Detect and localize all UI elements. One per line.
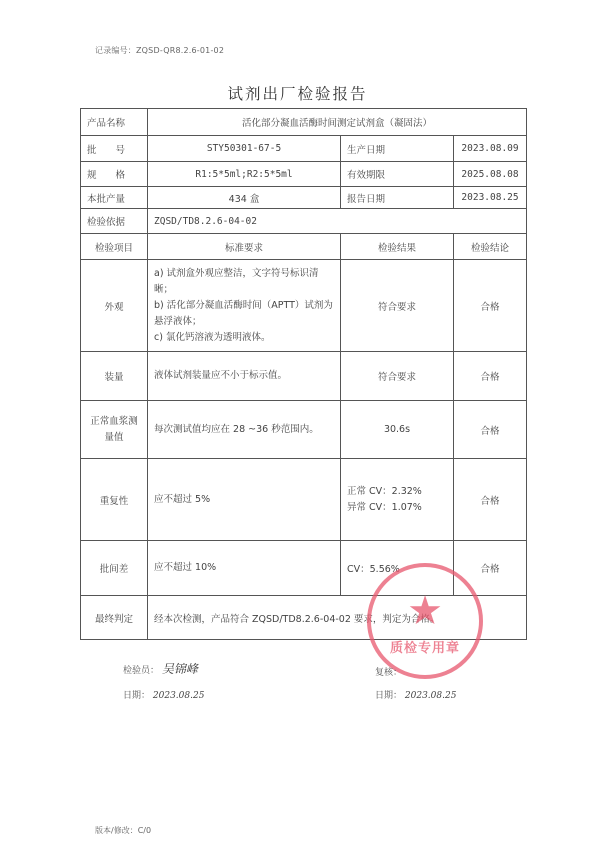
row-spec: 规 格 R1:5*5ml;R2:5*5ml 有效期限 2025.08.08 xyxy=(81,162,527,187)
conclusion-cell: 合格 xyxy=(454,401,527,459)
item-cell: 正常血浆测量值 xyxy=(81,401,148,459)
row-basis: 检验依据 ZQSD/TD8.2.6-04-02 xyxy=(81,209,527,234)
report-title: 试剂出厂检验报告 xyxy=(0,82,595,104)
spec-value: R1:5*5ml;R2:5*5ml xyxy=(148,162,341,187)
result-cell: 正常 CV：2.32% 异常 CV：1.07% xyxy=(341,459,454,541)
quantity-value: 434 盒 xyxy=(148,187,341,209)
reviewer-signature: 复核： xyxy=(375,665,402,678)
table-row: 重复性 应不超过 5% 正常 CV：2.32% 异常 CV：1.07% 合格 xyxy=(81,459,527,541)
spec-label: 规 格 xyxy=(81,162,148,187)
item-cell: 重复性 xyxy=(81,459,148,541)
item-cell: 批间差 xyxy=(81,541,148,596)
item-cell: 装量 xyxy=(81,352,148,401)
requirement-cell: 应不超过 5% xyxy=(148,459,341,541)
requirement-line: b) 活化部分凝血活酶时间（APTT）试剂为悬浮液体； xyxy=(154,298,334,330)
report-date-value: 2023.08.25 xyxy=(454,187,527,209)
reviewer-date: 日期： 2023.08.25 xyxy=(375,688,456,701)
row-quantity: 本批产量 434 盒 报告日期 2023.08.25 xyxy=(81,187,527,209)
col-item-header: 检验项目 xyxy=(81,234,148,260)
requirement-cell: 应不超过 10% xyxy=(148,541,341,596)
record-number: 记录编号：ZQSD-QR8.2.6-01-02 xyxy=(95,45,224,56)
basis-value: ZQSD/TD8.2.6-04-02 xyxy=(148,209,527,234)
star-icon: ★ xyxy=(371,589,479,633)
expiry-label: 有效期限 xyxy=(341,162,454,187)
requirement-cell: 液体试剂装量应不小于标示值。 xyxy=(148,352,341,401)
report-date-label: 报告日期 xyxy=(341,187,454,209)
final-label: 最终判定 xyxy=(81,596,148,640)
result-line: 异常 CV：1.07% xyxy=(347,500,447,516)
inspector-date: 日期： 2023.08.25 xyxy=(123,688,204,701)
table-row: 正常血浆测量值 每次测试值均应在 28 ~36 秒范围内。 30.6s 合格 xyxy=(81,401,527,459)
col-conclusion-header: 检验结论 xyxy=(454,234,527,260)
quantity-label: 本批产量 xyxy=(81,187,148,209)
reviewer-label: 复核： xyxy=(375,668,402,678)
conclusion-cell: 合格 xyxy=(454,459,527,541)
batch-label: 批 号 xyxy=(81,136,148,162)
report-table: 产品名称 活化部分凝血活酶时间测定试剂盒（凝固法） 批 号 STY50301-6… xyxy=(80,108,527,640)
requirement-line: a) 试剂盒外观应整洁，文字符号标识清晰； xyxy=(154,266,334,298)
version-footer: 版本/修改：C/0 xyxy=(95,825,151,836)
inspector-sign: 吴锦峰 xyxy=(162,662,198,676)
reviewer-date-label: 日期： xyxy=(375,691,402,701)
table-row: 外观 a) 试剂盒外观应整洁，文字符号标识清晰； b) 活化部分凝血活酶时间（A… xyxy=(81,260,527,352)
table-row: 装量 液体试剂装量应不小于标示值。 符合要求 合格 xyxy=(81,352,527,401)
requirement-line: c) 氯化钙溶液为透明液体。 xyxy=(154,330,334,346)
product-name-value: 活化部分凝血活酶时间测定试剂盒（凝固法） xyxy=(148,109,527,136)
requirement-cell: 每次测试值均应在 28 ~36 秒范围内。 xyxy=(148,401,341,459)
conclusion-cell: 合格 xyxy=(454,260,527,352)
inspector-label: 检验员： xyxy=(123,666,159,676)
result-cell: 符合要求 xyxy=(341,260,454,352)
col-result-header: 检验结果 xyxy=(341,234,454,260)
stamp-text: 质检专用章 xyxy=(371,637,479,656)
quality-stamp: ★ 质检专用章 xyxy=(367,563,483,679)
inspector-signature: 检验员： 吴锦峰 xyxy=(123,660,198,677)
result-cell: 30.6s xyxy=(341,401,454,459)
product-name-label: 产品名称 xyxy=(81,109,148,136)
column-header-row: 检验项目 标准要求 检验结果 检验结论 xyxy=(81,234,527,260)
batch-value: STY50301-67-5 xyxy=(148,136,341,162)
conclusion-cell: 合格 xyxy=(454,352,527,401)
inspector-date-label: 日期： xyxy=(123,691,150,701)
expiry-value: 2025.08.08 xyxy=(454,162,527,187)
result-line: 正常 CV：2.32% xyxy=(347,484,447,500)
col-requirement-header: 标准要求 xyxy=(148,234,341,260)
requirement-cell: a) 试剂盒外观应整洁，文字符号标识清晰； b) 活化部分凝血活酶时间（APTT… xyxy=(148,260,341,352)
inspector-date-value: 2023.08.25 xyxy=(153,691,205,701)
item-cell: 外观 xyxy=(81,260,148,352)
reviewer-date-value: 2023.08.25 xyxy=(405,691,457,701)
result-cell: 符合要求 xyxy=(341,352,454,401)
production-date-label: 生产日期 xyxy=(341,136,454,162)
basis-label: 检验依据 xyxy=(81,209,148,234)
production-date-value: 2023.08.09 xyxy=(454,136,527,162)
row-product-name: 产品名称 活化部分凝血活酶时间测定试剂盒（凝固法） xyxy=(81,109,527,136)
row-batch: 批 号 STY50301-67-5 生产日期 2023.08.09 xyxy=(81,136,527,162)
